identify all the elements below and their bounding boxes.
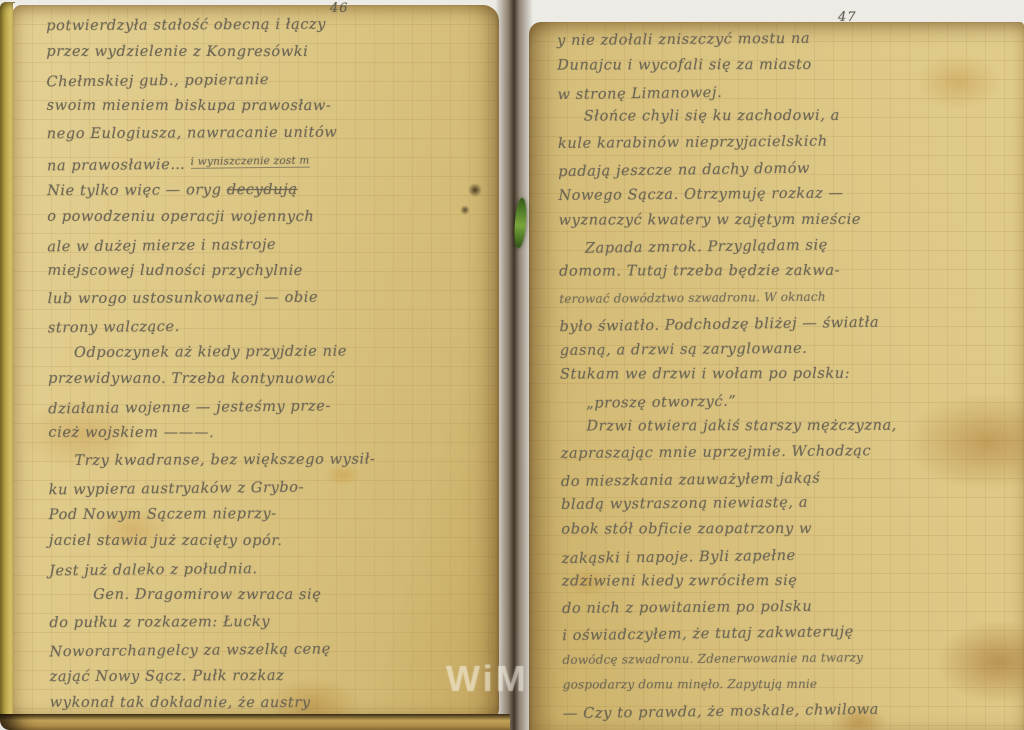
handwriting-line: domom. Tutaj trzeba będzie zakwa- xyxy=(559,259,1011,286)
handwriting-line: działania wojenne — jesteśmy prze- xyxy=(48,392,492,424)
handwriting-line: cież wojskiem ———. xyxy=(48,420,492,447)
handwriting-line: Trzy kwadranse, bez większego wysił- xyxy=(48,446,492,475)
handwriting-line: wyznaczyć kwatery w zajętym mieście xyxy=(559,207,1011,234)
handwriting-line: obok stół obficie zaopatrzony w xyxy=(561,517,1013,544)
handwriting-line: Drzwi otwiera jakiś starszy mężczyzna, xyxy=(560,413,1012,440)
handwriting-line: Jest już daleko z południa. xyxy=(49,554,493,586)
archive-watermark: WiM xyxy=(446,658,529,700)
handwriting-line: ku wypiera austryaków z Grybo- xyxy=(49,473,493,505)
handwriting-line: Odpoczynek aż kiedy przyjdzie nie xyxy=(48,338,492,367)
handwriting-line: zdziwieni kiedy zwróciłem się xyxy=(562,568,1014,595)
notebook-scan: 46 47 potwierdzyła stałość obecną i łącz… xyxy=(0,0,1024,730)
handwriting-line: miejscowej ludności przychylnie xyxy=(48,258,492,285)
handwriting-line: kule karabinów nieprzyjacielskich xyxy=(558,128,1010,158)
handwriting-line: jaciel stawia już zacięty opór. xyxy=(49,528,493,555)
handwriting-line: swoim mieniem biskupa prawosław- xyxy=(47,93,491,120)
handwriting-line: y nie zdołali zniszczyć mostu na xyxy=(557,25,1009,55)
handwriting-line: Stukam we drzwi i wołam po polsku: xyxy=(560,362,1012,389)
handwriting-line: Pod Nowym Sączem nieprzy- xyxy=(49,500,493,529)
handwriting-line: o powodzeniu operacji wojennych xyxy=(47,204,491,231)
handwriting-line: Słońce chyli się ku zachodowi, a xyxy=(558,104,1010,131)
handwriting-line: nego Eulogiusza, nawracanie unitów xyxy=(47,119,491,148)
handwriting-line: terować dowództwo szwadronu. W oknach xyxy=(559,283,1011,313)
handwriting-line: Chełmskiej gub., popieranie xyxy=(46,65,490,97)
handwriting-line: Dunajcu i wycofali się za miasto xyxy=(557,52,1009,79)
handwriting-line: gospodarzy domu minęło. Zapytują mnie xyxy=(563,671,1015,698)
crossed-out-word: decydują xyxy=(227,182,298,198)
handwriting-line: do pułku z rozkazem: Łucky xyxy=(49,608,493,637)
handwriting-line: Noworarchangelcy za wszelką cenę xyxy=(49,635,493,667)
handwriting-line: na prawosławie… i wyniszczenie zost m xyxy=(47,146,491,181)
handwriting-line: wykonał tak dokładnie, że austry xyxy=(50,690,494,717)
handwriting-line: zająć Nowy Sącz. Pułk rozkaz xyxy=(50,662,494,691)
handwriting-line: strony walczące. xyxy=(48,311,492,343)
handwriting-line: potwierdzyła stałość obecną i łączy xyxy=(46,11,490,40)
inserted-annotation: i wyniszczenie zost m xyxy=(191,155,310,169)
handwriting-left: potwierdzyła stałość obecną i łączyprzez… xyxy=(46,11,494,718)
handwriting-line: ale w dużej mierze i nastroje xyxy=(47,230,491,262)
handwriting-line: przez wydzielenie z Kongresówki xyxy=(46,39,490,66)
handwriting-line: przewidywano. Trzeba kontynuować xyxy=(48,366,492,393)
handwriting-line: Gen. Dragomirow zwraca się xyxy=(49,582,493,609)
handwriting-line: lub wrogo ustosunkowanej — obie xyxy=(48,284,492,313)
handwriting-line: Nie tylko więc — oryg decydują xyxy=(47,176,491,205)
book-gutter xyxy=(495,0,533,730)
page-number-right: 47 xyxy=(838,10,857,25)
handwriting-line: zapraszając mnie uprzejmie. Wchodząc xyxy=(561,438,1013,468)
handwriting-right: y nie zdołali zniszczyć mostu naDunajcu … xyxy=(557,25,1015,725)
